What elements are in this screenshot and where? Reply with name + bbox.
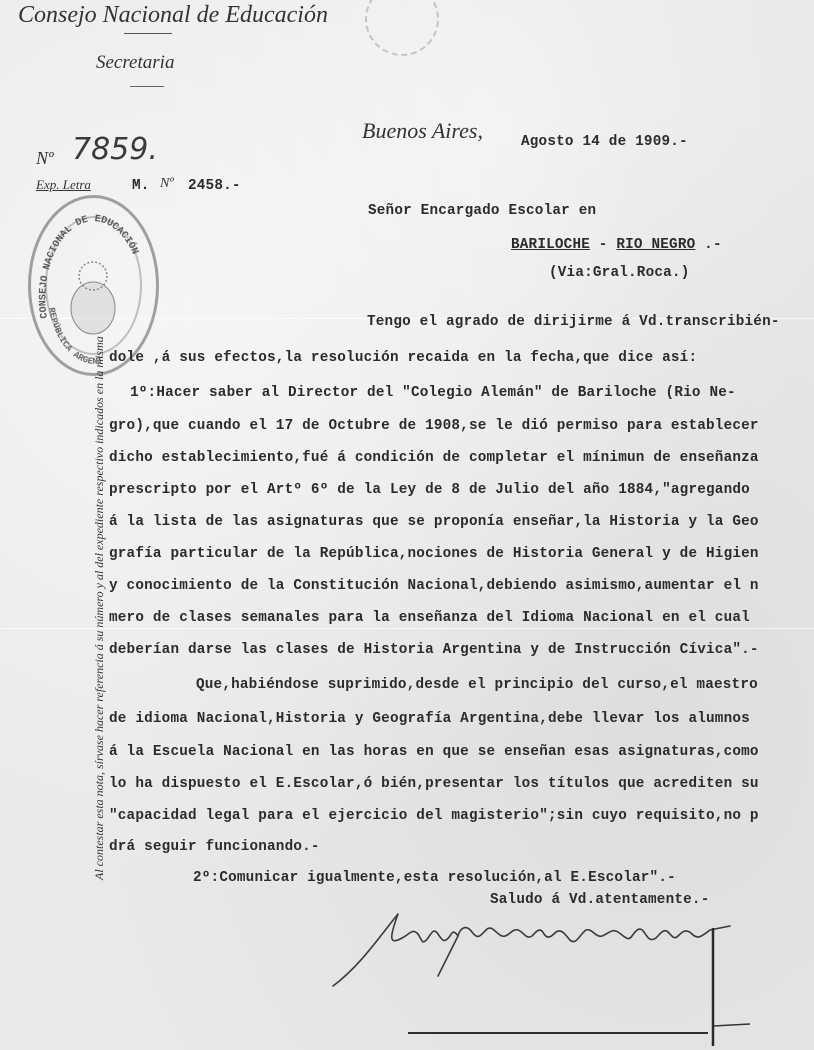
letterhead-department: Secretaria bbox=[96, 52, 174, 74]
body-line: dicho establecimiento,fué á condición de… bbox=[109, 450, 759, 466]
body-line: 1º:Hacer saber al Director del "Colegio … bbox=[130, 385, 736, 401]
body-line: deberían darse las clases de Historia Ar… bbox=[109, 642, 759, 658]
expediente-letter: M. bbox=[132, 178, 150, 194]
expediente-label: Exp. Letra bbox=[36, 177, 91, 193]
body-line: Tengo el agrado de dirijirme á Vd.transc… bbox=[367, 314, 780, 330]
margin-instruction-note: Al contestar esta nota, sírvase hacer re… bbox=[92, 240, 107, 880]
coat-of-arms-watermark-icon bbox=[365, 0, 439, 56]
addressee-title: Señor Encargado Escolar en bbox=[368, 203, 596, 219]
body-line: prescripto por el Artº 6º de la Ley de 8… bbox=[109, 482, 750, 498]
letterhead-divider bbox=[130, 86, 164, 87]
dateline-place: Buenos Aires, bbox=[362, 118, 483, 144]
addressee-town: BARILOCHE bbox=[511, 237, 590, 253]
addressee-route: (Via:Gral.Roca.) bbox=[549, 265, 689, 281]
body-line: á la Escuela Nacional en las horas en qu… bbox=[109, 744, 759, 760]
body-line: Que,habiéndose suprimido,desde el princi… bbox=[196, 677, 758, 693]
body-line: drá seguir funcionando.- bbox=[109, 839, 320, 855]
reference-number: 7859. bbox=[72, 132, 158, 167]
dateline-date: Agosto 14 de 1909.- bbox=[521, 134, 688, 150]
body-line: "capacidad legal para el ejercicio del m… bbox=[109, 808, 759, 824]
addressee-province: RIO NEGRO bbox=[616, 237, 695, 253]
addressee-suffix: .- bbox=[695, 237, 721, 253]
expediente-number: 2458.- bbox=[188, 178, 241, 194]
body-line: dole ,á sus efectos,la resolución recaid… bbox=[109, 350, 697, 366]
signature-underline bbox=[408, 1032, 708, 1034]
body-line: 2º:Comunicar igualmente,esta resolución,… bbox=[193, 870, 676, 886]
body-line: á la lista de las asignaturas que se pro… bbox=[109, 514, 759, 530]
handwritten-signature-icon bbox=[330, 906, 750, 1046]
paper-fold-line bbox=[0, 628, 814, 629]
reference-number-label: Nº bbox=[36, 148, 54, 169]
body-line: y conocimiento de la Constitución Nacion… bbox=[109, 578, 759, 594]
body-line: mero de clases semanales para la enseñan… bbox=[109, 610, 750, 626]
body-line: gro),que cuando el 17 de Octubre de 1908… bbox=[109, 418, 759, 434]
body-line: lo ha dispuesto el E.Escolar,ó bién,pres… bbox=[109, 776, 759, 792]
body-line: de idioma Nacional,Historia y Geografía … bbox=[109, 711, 750, 727]
addressee-location: BARILOCHE - RIO NEGRO .- bbox=[511, 237, 722, 253]
addressee-separator: - bbox=[590, 237, 616, 253]
letterhead-divider bbox=[124, 33, 172, 34]
body-line: grafía particular de la República,nocion… bbox=[109, 546, 759, 562]
expediente-number-label: Nº bbox=[160, 176, 174, 192]
letterhead-organization: Consejo Nacional de Educación bbox=[18, 2, 328, 29]
